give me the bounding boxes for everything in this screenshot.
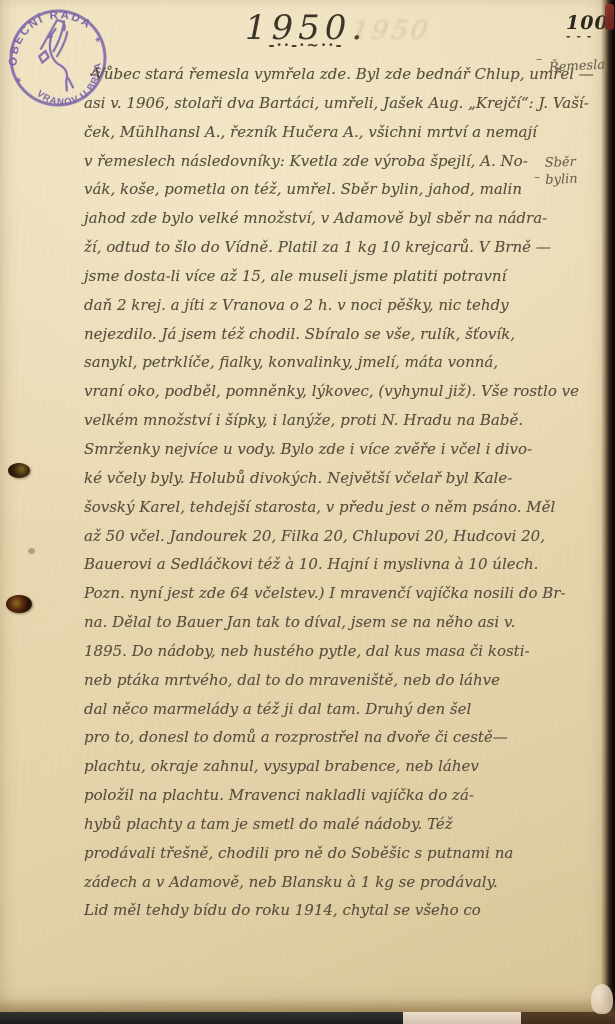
margin-note-remesla: Řemesla [549,57,606,77]
scan-band-light-block [403,1012,521,1024]
manuscript-line: plachtu, okraje zahnul, vysypal brabence… [84,752,566,781]
manuscript-line: až 50 včel. Jandourek 20, Filka 20, Chlu… [84,522,566,551]
manuscript-line: hybů plachty a tam je smetl do malé nádo… [84,810,566,839]
manuscript-line: Pozn. nyní jest zde 64 včelstev.) I mrav… [84,579,566,608]
red-edge-mark [605,4,614,30]
manuscript-line: asi v. 1906, stolaři dva Bartáci, umřeli… [84,89,566,118]
manuscript-line: ček, Mühlhansl A., řezník Hučera A., vši… [84,118,566,147]
manuscript-line: ké včely byly. Holubů divokých. Největší… [84,464,566,493]
manuscript-line: vák, koše, pometla on též, umřel. Sběr b… [84,175,566,204]
manuscript-line: Smrženky nejvíce u vody. Bylo zde i více… [84,435,566,464]
manuscript-line: sanykl, petrklíče, fialky, konvalinky, j… [84,348,566,377]
manuscript-line: položil na plachtu. Mravenci nakladli va… [84,781,566,810]
manuscript-line: vraní oko, podběl, pomněnky, lýkovec, (v… [84,377,566,406]
manuscript-line: dal něco marmelády a též ji dal tam. Dru… [84,695,566,724]
manuscript-line: Vůbec stará řemesla vymřela zde. Byl zde… [84,60,566,89]
manuscript-line: ží, odtud to šlo do Vídně. Platil za 1 k… [84,233,566,262]
page-bottom-shadow [0,998,615,1012]
stamp-separator-left: ✶ [13,75,24,87]
manuscript-text: Vůbec stará řemesla vymřela zde. Byl zde… [84,60,566,925]
manuscript-line: jsme dosta-li více až 15, ale museli jsm… [84,262,566,291]
manuscript-line: prodávali třešně, chodili pro ně do Sobě… [84,839,566,868]
manuscript-line: šovský Karel, tehdejší starosta, v předu… [84,493,566,522]
bleed-through-ghost: 1950 [350,16,432,46]
manuscript-line: nejezdilo. Já jsem též chodil. Sbíralo s… [84,320,566,349]
manuscript-line: velkém množství i šípky, i lanýže, proti… [84,406,566,435]
manuscript-line: zádech a v Adamově, neb Blansku à 1 kg s… [84,868,566,897]
margin-tick: – [536,52,542,66]
manuscript-line: Lid měl tehdy bídu do roku 1914, chytal … [84,896,566,925]
page-edge-right [601,0,615,1014]
manuscript-line: jahod zde bylo velké množství, v Adamově… [84,204,566,233]
scanned-document: 1950. -··-·~··- 1950 100. - - - OBECNÍ R… [0,0,615,1024]
page-curl-corner [591,984,613,1014]
margin-tick: – [534,170,540,184]
manuscript-line: v řemeslech následovníky: Kvetla zde výr… [84,147,566,176]
binding-hole-top [8,463,30,478]
binding-hole-bottom [6,595,32,613]
bird-emblem [28,18,92,95]
manuscript-line: 1895. Do nádoby, neb hustého pytle, dal … [84,637,566,666]
manuscript-line: daň 2 krej. a jíti z Vranova o 2 h. v no… [84,291,566,320]
manuscript-line: pro to, donesl to domů a rozprostřel na … [84,723,566,752]
manuscript-line: na. Dělal to Bauer Jan tak to díval, jse… [84,608,566,637]
manuscript-line: Bauerovi a Sedláčkovi též à 10. Hajní i … [84,550,566,579]
paper-blemish [28,548,35,554]
margin-note-sber-bylin: Sběr bylin [544,153,595,189]
page-number-underline: - - - [566,30,592,43]
manuscript-line: neb ptáka mrtvého, dal to do mraveniště,… [84,666,566,695]
